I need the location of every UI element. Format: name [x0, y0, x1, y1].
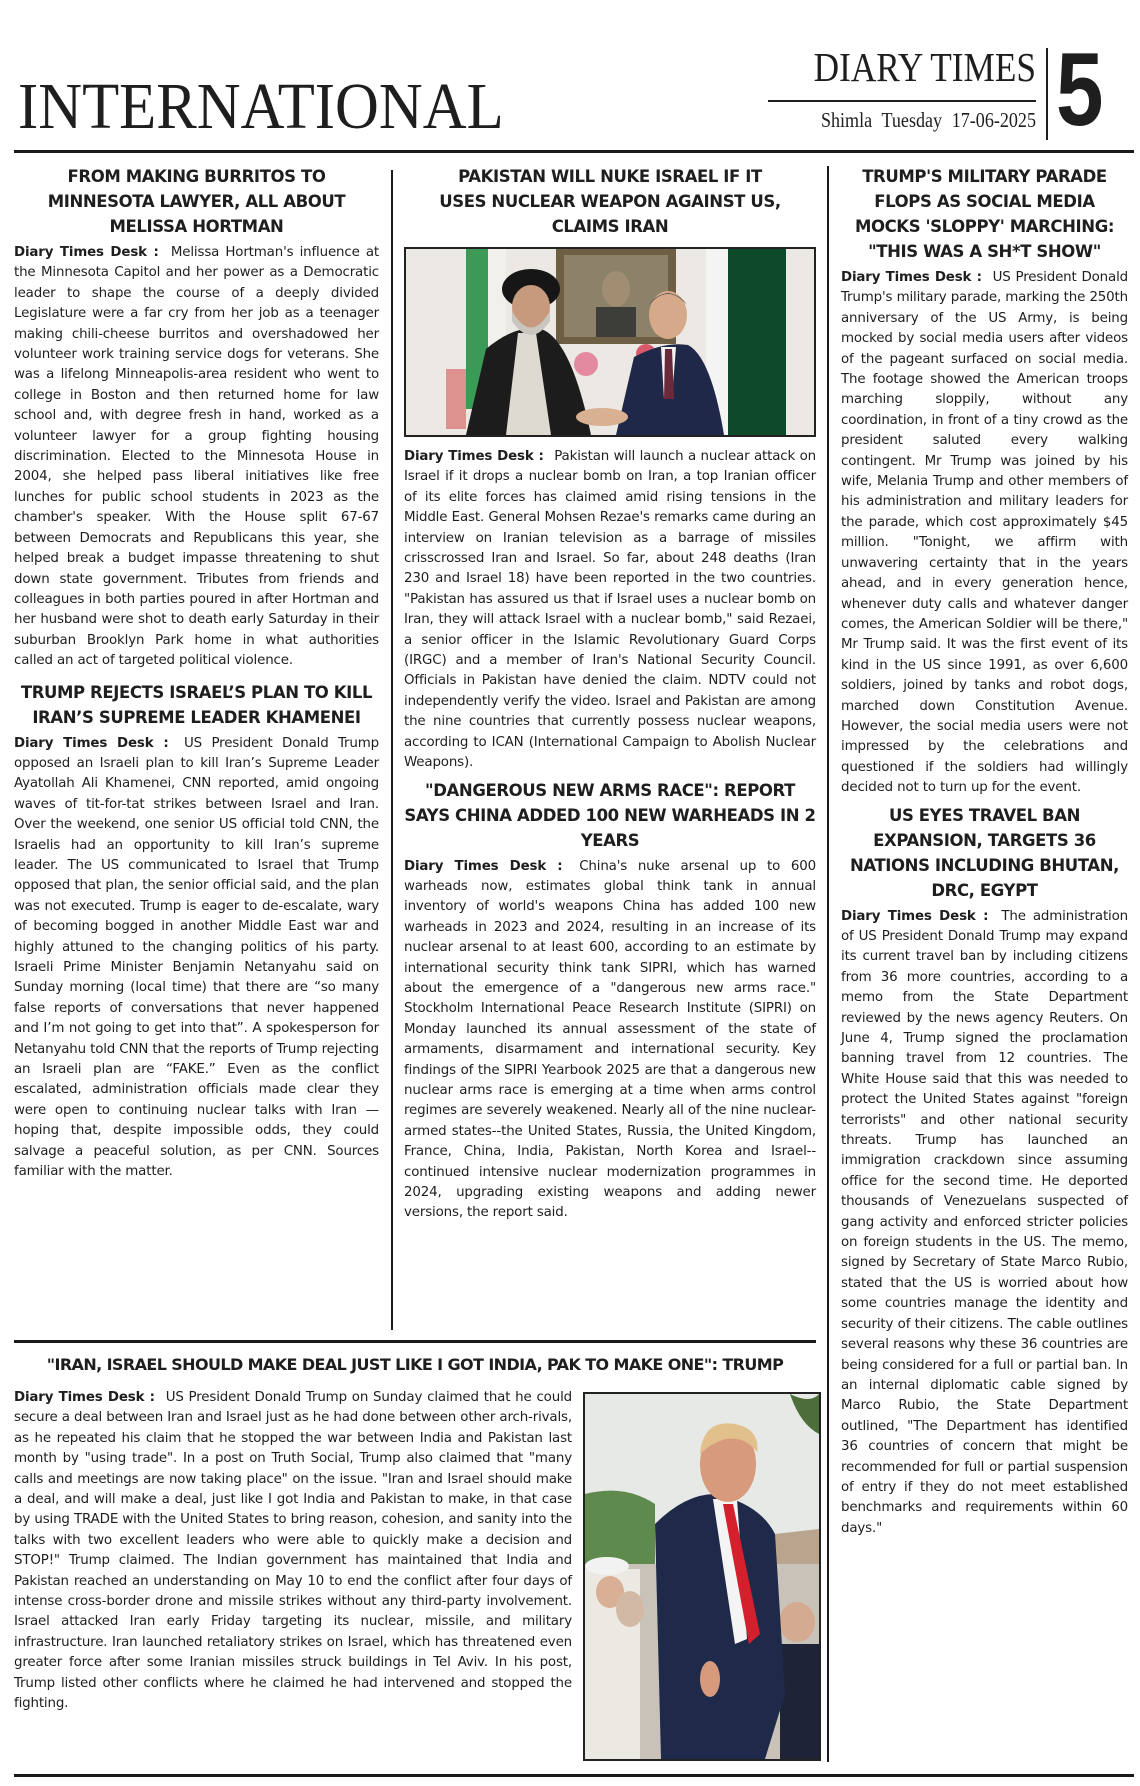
right-column: TRUMP'S MILITARY PARADE FLOPS AS SOCIAL …: [841, 160, 1128, 1539]
photo-illustration: [585, 1394, 819, 1759]
photo-trump-parade: [583, 1392, 821, 1761]
byline: Diary Times Desk :: [14, 245, 159, 260]
article-text: China's nuke arsenal up to 600 warheads …: [404, 859, 816, 1221]
masthead-divider: [1046, 48, 1048, 140]
article-body: Diary Times Desk : Melissa Hortman's inf…: [14, 243, 379, 672]
byline: Diary Times Desk :: [404, 449, 544, 464]
photo-iran-pakistan-leaders: [404, 247, 816, 437]
byline: Diary Times Desk :: [841, 270, 982, 285]
byline: Diary Times Desk :: [14, 1390, 155, 1405]
article-khamenei: TRUMP REJECTS ISRAEL’S PLAN TO KILL IRAN…: [14, 680, 379, 1183]
article-body: Diary Times Desk : US President Donald T…: [14, 734, 379, 1183]
article-text: Melissa Hortman's influence at the Minne…: [14, 245, 379, 668]
dateline-city: Shimla: [821, 108, 872, 132]
article-parade: TRUMP'S MILITARY PARADE FLOPS AS SOCIAL …: [841, 164, 1128, 799]
column-divider-left: [391, 170, 393, 1330]
article-text: Pakistan will launch a nuclear attack on…: [404, 449, 816, 770]
article-arms-race: "DANGEROUS NEW ARMS RACE": REPORT SAYS C…: [404, 778, 816, 1224]
article-body: Diary Times Desk : China's nuke arsenal …: [404, 857, 816, 1224]
headline-arms-race: "DANGEROUS NEW ARMS RACE": REPORT SAYS C…: [404, 778, 816, 853]
section-title: INTERNATIONAL: [18, 72, 504, 142]
byline: Diary Times Desk :: [14, 736, 169, 751]
article-body: Diary Times Desk : The administration of…: [841, 907, 1128, 1540]
article-pakistan-nuke: PAKISTAN WILL NUKE ISRAEL IF IT USES NUC…: [404, 164, 816, 774]
brand-underline: [768, 100, 1036, 102]
section-rule: [14, 1340, 816, 1343]
article-text: US President Donald Trump on Sunday clai…: [14, 1390, 572, 1711]
article-text: The administration of US President Donal…: [841, 909, 1128, 1536]
headline-trump-deal: "IRAN, ISRAEL SHOULD MAKE DEAL JUST LIKE…: [14, 1352, 816, 1378]
dateline: Shimla Tuesday 17-06-2025: [781, 106, 1036, 134]
dateline-date: 17-06-2025: [952, 108, 1036, 132]
newspaper-name: DIARY TIMES: [799, 44, 1036, 90]
headline-khamenei: TRUMP REJECTS ISRAEL’S PLAN TO KILL IRAN…: [14, 680, 379, 730]
article-travel-ban: US EYES TRAVEL BAN EXPANSION, TARGETS 36…: [841, 803, 1128, 1540]
headline-parade: TRUMP'S MILITARY PARADE FLOPS AS SOCIAL …: [841, 164, 1128, 264]
article-text: US President Donald Trump's military par…: [841, 270, 1128, 795]
dateline-day: Tuesday: [881, 108, 942, 132]
article-body: Diary Times Desk : US President Donald T…: [841, 268, 1128, 799]
article-hortman: FROM MAKING BURRITOS TO MINNESOTA LAWYER…: [14, 164, 379, 672]
page-bottom-rule: [14, 1774, 1134, 1777]
photo-illustration: [406, 249, 814, 435]
headline-hortman: FROM MAKING BURRITOS TO MINNESOTA LAWYER…: [14, 164, 379, 239]
masthead-rule: [14, 150, 1134, 153]
middle-column: PAKISTAN WILL NUKE ISRAEL IF IT USES NUC…: [404, 160, 816, 1224]
column-divider-right: [827, 166, 829, 1762]
article-text: US President Donald Trump opposed an Isr…: [14, 736, 379, 1180]
article-body: Diary Times Desk : US President Donald T…: [14, 1388, 572, 1715]
byline: Diary Times Desk :: [404, 859, 562, 874]
article-body: Diary Times Desk : Pakistan will launch …: [404, 447, 816, 774]
page-number: 5: [1056, 30, 1125, 150]
byline: Diary Times Desk :: [841, 909, 988, 924]
headline-travel-ban: US EYES TRAVEL BAN EXPANSION, TARGETS 36…: [841, 803, 1128, 903]
headline-pakistan-nuke: PAKISTAN WILL NUKE ISRAEL IF IT USES NUC…: [404, 164, 816, 239]
left-column: FROM MAKING BURRITOS TO MINNESOTA LAWYER…: [14, 160, 379, 1182]
